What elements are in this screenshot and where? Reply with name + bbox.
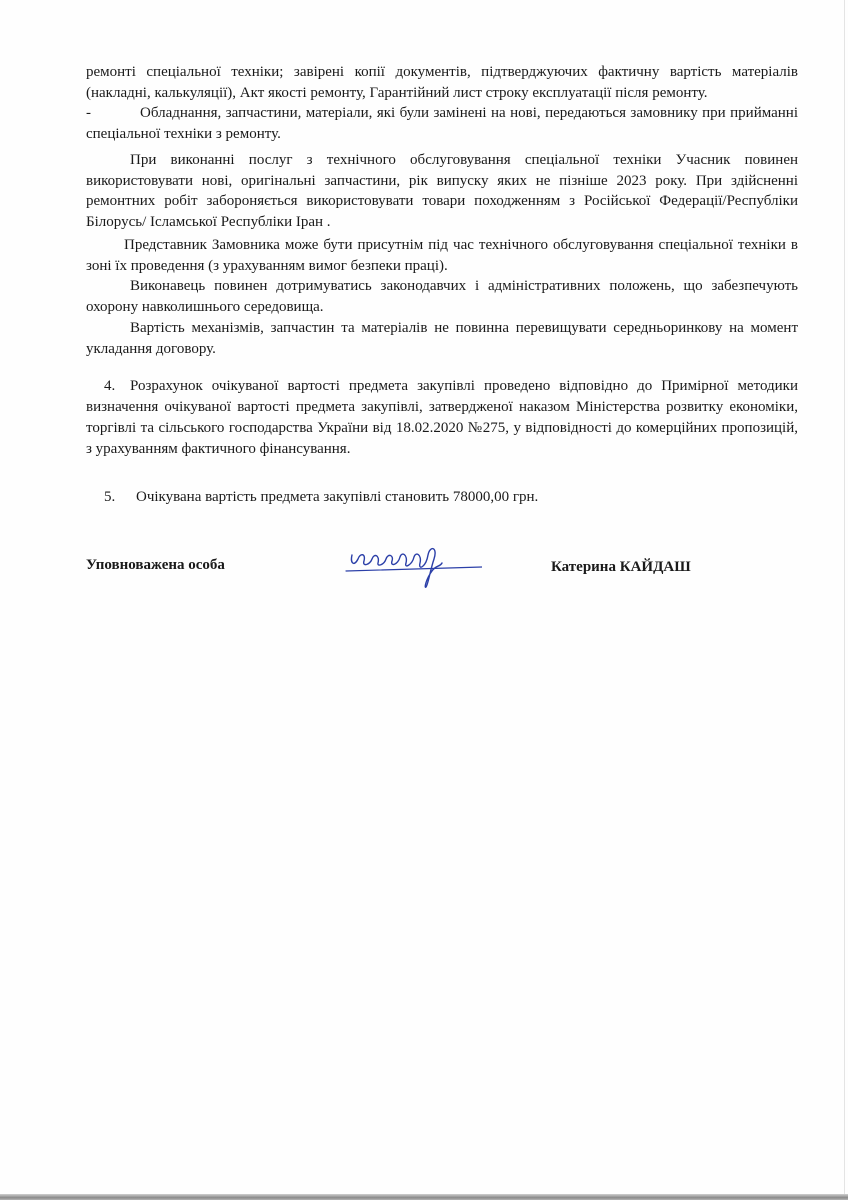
item-number: 5. [104, 487, 136, 508]
numbered-item-5: 5.Очікувана вартість предмета закупівлі … [86, 487, 798, 508]
paragraph-environment: Виконавець повинен дотримуватись законод… [86, 276, 798, 317]
paragraph-text: При виконанні послуг з технічного обслуг… [86, 152, 798, 230]
scan-edge-bottom [0, 1194, 848, 1200]
authorized-person-name: Катерина КАЙДАШ [551, 559, 691, 576]
paragraph-customer-representative: Представник Замовника може бути присутні… [86, 235, 798, 276]
document-page: ремонті спеціальної техніки; завірені ко… [0, 0, 848, 1200]
signature-block: Уповноважена особа Катерина КАЙДАШ [86, 553, 798, 593]
scan-edge-right [844, 0, 845, 1200]
authorized-person-label: Уповноважена особа [86, 557, 225, 574]
continuation-text: ремонті спеціальної техніки; завірені ко… [86, 64, 798, 101]
paragraph-cost-limit: Вартість механізмів, запчастин та матері… [86, 318, 798, 359]
paragraph-text: Вартість механізмів, запчастин та матері… [86, 320, 798, 357]
continuation-paragraph: ремонті спеціальної техніки; завірені ко… [86, 62, 798, 103]
handwritten-signature [342, 541, 482, 593]
dash-list-item: -Обладнання, запчастини, матеріали, які … [86, 103, 798, 144]
dash-item-text: Обладнання, запчастини, матеріали, які б… [86, 105, 798, 142]
numbered-item-4: 4.Розрахунок очікуваної вартості предмет… [86, 376, 798, 460]
item-number: 4. [104, 376, 130, 397]
item-text: Очікувана вартість предмета закупівлі ст… [136, 489, 538, 505]
paragraph-text: Виконавець повинен дотримуватись законод… [86, 278, 798, 315]
paragraph-text: Представник Замовника може бути присутні… [86, 237, 798, 274]
dash-marker: - [86, 103, 140, 124]
item-text: Розрахунок очікуваної вартості предмета … [86, 378, 798, 457]
paragraph-parts-requirements: При виконанні послуг з технічного обслуг… [86, 150, 798, 232]
